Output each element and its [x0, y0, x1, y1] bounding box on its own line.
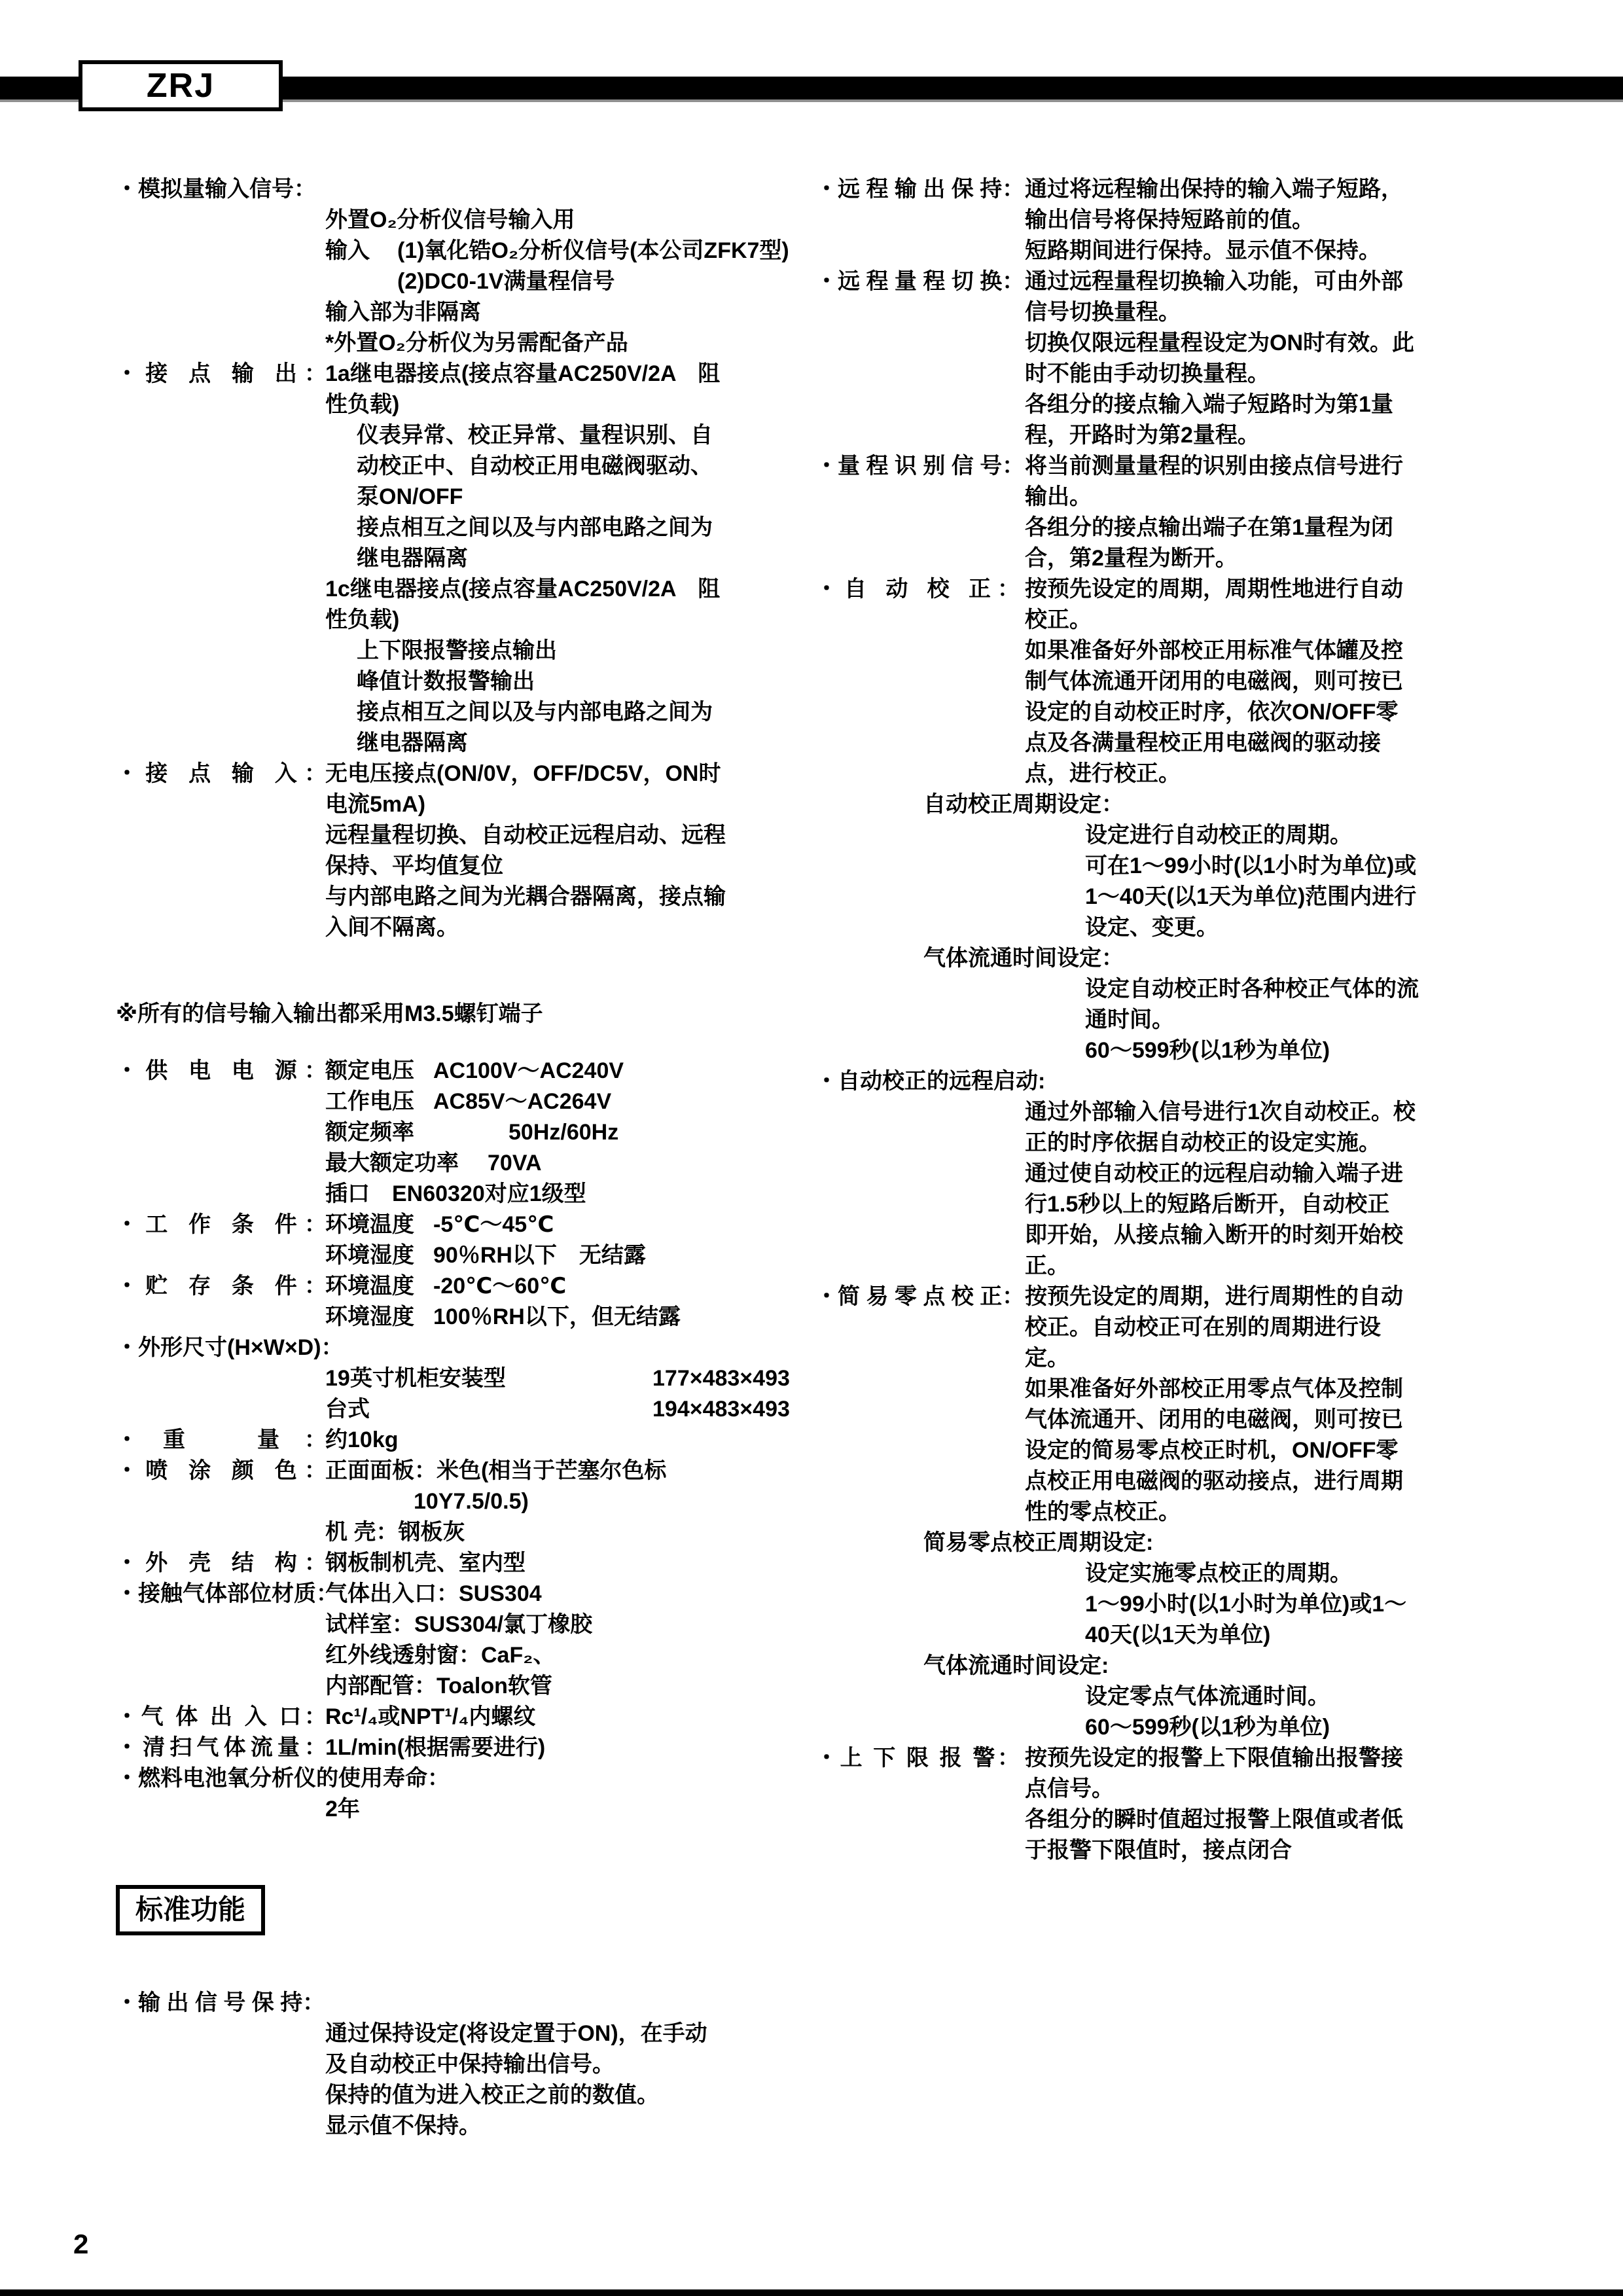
text-line: 按预先设定的报警上下限值输出报警接 [815, 1743, 1601, 1774]
spec-entry: ・接触气体部位材质：气体出入口：SUS304试样室：SUS304/氯丁橡胶红外线… [116, 1579, 796, 1702]
spec-entry: ・燃料电池氧分析仪的使用寿命：2年 [116, 1763, 796, 1825]
text-line: 继电器隔离 [116, 728, 796, 759]
spec-label: ・输 出 信 号 保 持： [116, 1988, 796, 2018]
text-line: 接点相互之间以及与内部电路之间为 [116, 512, 796, 543]
text-line: 点，进行校正。 [815, 759, 1601, 789]
text-line: 如果准备好外部校正用零点气体及控制 [815, 1374, 1601, 1405]
text-line: 通过远程量程切换输入功能，可由外部 [815, 266, 1601, 297]
spec-entry: ・工 作 条 件：环境温度-5℃～45℃环境湿度90％RH以下 无结露 [116, 1210, 796, 1271]
text-line: 显示值不保持。 [116, 2111, 796, 2142]
text-line: 气体流通开、闭用的电磁阀，则可按已 [815, 1405, 1601, 1435]
text-line: 设定自动校正时各种校正气体的流 [815, 974, 1601, 1005]
text-line: 继电器隔离 [116, 543, 796, 574]
spec-entry: ・贮 存 条 件：环境温度-20℃～60℃环境湿度100％RH以下，但无结露 [116, 1271, 796, 1333]
text-line: 60～599秒(以1秒为单位) [815, 1035, 1601, 1066]
text-line: 将当前测量量程的识别由接点信号进行 [815, 451, 1601, 482]
spec-label: ・燃料电池氧分析仪的使用寿命： [116, 1763, 796, 1794]
text-line: 环境湿度90％RH以下 无结露 [116, 1240, 796, 1271]
text-line: 与内部电路之间为光耦合器隔离，接点输 [116, 882, 796, 912]
text-line: 切换仅限远程量程设定为ON时有效。此 [815, 328, 1601, 359]
text-line: 输入部为非隔离 [116, 297, 796, 328]
text-line: 程，开路时为第2量程。 [815, 420, 1601, 451]
spec-column-right: ・远 程 输 出 保 持：通过将远程输出保持的输入端子短路，输出信号将保持短路前… [815, 174, 1601, 1866]
spec-entry: ・远 程 输 出 保 持：通过将远程输出保持的输入端子短路，输出信号将保持短路前… [815, 174, 1601, 266]
text-line: 按预先设定的周期，周期性地进行自动 [815, 574, 1601, 605]
spec-entry: ※所有的信号输入输出都采用M3.5螺钉端子 [116, 999, 796, 1030]
text-line-value: AC100V～AC240V [433, 1056, 624, 1086]
text-line: 1c继电器接点(接点容量AC250V/2A 阻 [116, 574, 796, 605]
text-line-value: 194×483×493 [652, 1394, 790, 1425]
spec-entry: ・量 程 识 别 信 号：将当前测量量程的识别由接点信号进行输出。各组分的接点输… [815, 451, 1601, 574]
text-line: 峰值计数报警输出 [116, 666, 796, 697]
spec-entry: ・模拟量输入信号：外置O₂分析仪信号输入用输入(1)氧化锆O₂分析仪信号(本公司… [116, 174, 796, 359]
text-line: 点校正用电磁阀的驱动接点，进行周期 [815, 1466, 1601, 1497]
text-line: 于报警下限值时，接点闭合 [815, 1835, 1601, 1866]
spec-entry: ・供 电 电 源：额定电压AC100V～AC240V工作电压AC85V～AC26… [116, 1056, 796, 1210]
text-line: 环境温度-5℃～45℃ [116, 1210, 796, 1240]
text-line: 点及各满量程校正用电磁阀的驱动接 [815, 728, 1601, 759]
text-line: 通过保持设定(将设定置于ON)，在手动 [116, 2018, 796, 2049]
text-line: 设定零点气体流通时间。 [815, 1681, 1601, 1712]
text-line: 泵ON/OFF [116, 482, 796, 512]
text-line: (2)DC0-1V满量程信号 [116, 266, 796, 297]
spec-label: ・外形尺寸(H×W×D)： [116, 1333, 796, 1363]
spec-label: ・模拟量输入信号： [116, 174, 796, 205]
spec-entry: ・接 点 输 出：1a继电器接点(接点容量AC250V/2A 阻性负载)仪表异常… [116, 359, 796, 759]
text-line: 可在1～99小时(以1小时为单位)或 [815, 851, 1601, 882]
text-line: 1～99小时(以1小时为单位)或1～ [815, 1589, 1601, 1620]
text-line: 即开始，从接点输入断开的时刻开始校 [815, 1220, 1601, 1251]
text-line: 设定进行自动校正的周期。 [815, 820, 1601, 851]
text-line: 各组分的接点输入端子短路时为第1量 [815, 389, 1601, 420]
text-line: 气体流通时间设定: [815, 1651, 1601, 1681]
text-line-value: -5℃～45℃ [433, 1210, 554, 1240]
text-line-value: 70VA [488, 1148, 542, 1179]
text-line: 远程量程切换、自动校正远程启动、远程 [116, 820, 796, 851]
text-line: 动校正中、自动校正用电磁阀驱动、 [116, 451, 796, 482]
text-line: 无电压接点(ON/0V，OFF/DC5V，ON时 [116, 759, 796, 789]
text-line: 机 壳：钢板灰 [116, 1517, 796, 1548]
text-line: 设定的简易零点校正时机，ON/OFF零 [815, 1435, 1601, 1466]
text-line: 红外线透射窗：CaF₂、 [116, 1640, 796, 1671]
text-line: 1L/min(根据需要进行) [116, 1732, 796, 1763]
spec-entry: ・清扫气体流量：1L/min(根据需要进行) [116, 1732, 796, 1763]
text-line: 约10kg [116, 1425, 796, 1456]
text-line: 试样室：SUS304/氯丁橡胶 [116, 1609, 796, 1640]
text-line: 点信号。 [815, 1774, 1601, 1804]
text-line: 及自动校正中保持输出信号。 [116, 2049, 796, 2080]
text-line: 钢板制机壳、室内型 [116, 1548, 796, 1579]
text-line: 简易零点校正周期设定: [815, 1528, 1601, 1558]
text-line: 通过外部输入信号进行1次自动校正。校 [815, 1097, 1601, 1128]
text-line: 60～599秒(以1秒为单位) [815, 1712, 1601, 1743]
text-line: 10Y7.5/0.5) [116, 1486, 796, 1517]
text-line: 额定频率50Hz/60Hz [116, 1117, 796, 1148]
spec-entry: ・重 量：约10kg [116, 1425, 796, 1456]
text-line: 环境温度-20℃～60℃ [116, 1271, 796, 1302]
text-line-value: 50Hz/60Hz [508, 1117, 618, 1148]
text-line: 如果准备好外部校正用标准气体罐及控 [815, 636, 1601, 666]
spec-entry: ・自动校正的远程启动:通过外部输入信号进行1次自动校正。校正的时序依据自动校正的… [815, 1066, 1601, 1282]
text-line: 自动校正周期设定： [815, 789, 1601, 820]
page-number: 2 [73, 2229, 88, 2260]
text-line: 电流5mA) [116, 789, 796, 820]
text-line-value: (1)氧化锆O₂分析仪信号(本公司ZFK7型) [397, 236, 789, 266]
text-line: 正面面板：米色(相当于芒塞尔色标 [116, 1456, 796, 1486]
spec-entry: ・远 程 量 程 切 换：通过远程量程切换输入功能，可由外部信号切换量程。切换仅… [815, 266, 1601, 451]
text-line: 按预先设定的周期，进行周期性的自动 [815, 1282, 1601, 1312]
text-line: 行1.5秒以上的短路后断开，自动校正 [815, 1189, 1601, 1220]
text-line: *外置O₂分析仪为另需配备产品 [116, 328, 796, 359]
text-line: 定。 [815, 1343, 1601, 1374]
text-line: 正。 [815, 1251, 1601, 1282]
text-line: 入间不隔离。 [116, 912, 796, 943]
text-line: 设定、变更。 [815, 912, 1601, 943]
footer-bar [0, 2289, 1623, 2296]
text-line: 各组分的瞬时值超过报警上限值或者低 [815, 1804, 1601, 1835]
text-line: 保持的值为进入校正之前的数值。 [116, 2080, 796, 2111]
text-line-value: -20℃～60℃ [433, 1271, 566, 1302]
text-line: 仪表异常、校正异常、量程识别、自 [116, 420, 796, 451]
text-line-value: AC85V～AC264V [433, 1086, 611, 1117]
text-line: 1a继电器接点(接点容量AC250V/2A 阻 [116, 359, 796, 389]
section-heading: 标准功能 [116, 1885, 265, 1935]
text-line: 设定实施零点校正的周期。 [815, 1558, 1601, 1589]
text-line: 输出。 [815, 482, 1601, 512]
text-line: 40天(以1天为单位) [815, 1620, 1601, 1651]
text-line: 气体出入口：SUS304 [116, 1579, 796, 1609]
model-label: ZRJ [147, 66, 215, 105]
text-line: 额定电压AC100V～AC240V [116, 1056, 796, 1086]
text-line: 环境湿度100％RH以下，但无结露 [116, 1302, 796, 1333]
text-line: 校正。 [815, 605, 1601, 636]
text-line: 性的零点校正。 [815, 1497, 1601, 1528]
text-line: 正的时序依据自动校正的设定实施。 [815, 1128, 1601, 1158]
text-line: 保持、平均值复位 [116, 851, 796, 882]
spec-entry: ・接 点 输 入：无电压接点(ON/0V，OFF/DC5V，ON时电流5mA)远… [116, 759, 796, 943]
text-line-value: 177×483×493 [652, 1363, 790, 1394]
text-line: 性负载) [116, 605, 796, 636]
text-line: Rc¹/₄或NPT¹/₄内螺纹 [116, 1702, 796, 1732]
text-line-value: 90％RH以下 无结露 [433, 1240, 646, 1271]
spec-label: ・自动校正的远程启动: [815, 1066, 1601, 1097]
spec-entry: ・外 壳 结 构：钢板制机壳、室内型 [116, 1548, 796, 1579]
spec-entry: ・喷 涂 颜 色：正面面板：米色(相当于芒塞尔色标10Y7.5/0.5)机 壳：… [116, 1456, 796, 1548]
text-line: ※所有的信号输入输出都采用M3.5螺钉端子 [116, 999, 796, 1030]
text-line: 各组分的接点输出端子在第1量程为闭 [815, 512, 1601, 543]
spec-entry: ・简 易 零 点 校 正：按预先设定的周期，进行周期性的自动校正。自动校正可在别… [815, 1282, 1601, 1743]
document-page: ZRJ ・模拟量输入信号：外置O₂分析仪信号输入用输入(1)氧化锆O₂分析仪信号… [0, 0, 1623, 2296]
text-line: 19英寸机柜安装型177×483×493 [116, 1363, 796, 1394]
text-line: 插口 EN60320对应1级型 [116, 1179, 796, 1210]
text-line: 性负载) [116, 389, 796, 420]
text-line: 输出信号将保持短路前的值。 [815, 205, 1601, 236]
text-line: 输入(1)氧化锆O₂分析仪信号(本公司ZFK7型) [116, 236, 796, 266]
spec-entry: ・上 下 限 报 警：按预先设定的报警上下限值输出报警接点信号。各组分的瞬时值超… [815, 1743, 1601, 1866]
text-line: 1～40天(以1天为单位)范围内进行 [815, 882, 1601, 912]
text-line: 气体流通时间设定： [815, 943, 1601, 974]
spec-entry: ・气 体 出 入 口：Rc¹/₄或NPT¹/₄内螺纹 [116, 1702, 796, 1732]
text-line: 台式194×483×493 [116, 1394, 796, 1425]
text-line: 2年 [116, 1794, 796, 1825]
text-line: 合，第2量程为断开。 [815, 543, 1601, 574]
text-line: 通时间。 [815, 1005, 1601, 1035]
text-line: 通过将远程输出保持的输入端子短路， [815, 174, 1601, 205]
text-line: 信号切换量程。 [815, 297, 1601, 328]
text-line: 校正。自动校正可在别的周期进行设 [815, 1312, 1601, 1343]
text-line: 上下限报警接点输出 [116, 636, 796, 666]
text-line: 最大额定功率70VA [116, 1148, 796, 1179]
text-line: 工作电压AC85V～AC264V [116, 1086, 796, 1117]
text-line: 内部配管：Toalon软管 [116, 1671, 796, 1702]
text-line: 设定的自动校正时序，依次ON/OFF零 [815, 697, 1601, 728]
text-line-value: 100％RH以下，但无结露 [433, 1302, 681, 1333]
text-line: 时不能由手动切换量程。 [815, 359, 1601, 389]
spec-entry: ・输 出 信 号 保 持：通过保持设定(将设定置于ON)，在手动及自动校正中保持… [116, 1988, 796, 2142]
spec-entry: ・自 动 校 正：按预先设定的周期，周期性地进行自动校正。如果准备好外部校正用标… [815, 574, 1601, 1066]
text-line: 外置O₂分析仪信号输入用 [116, 205, 796, 236]
text-line: 短路期间进行保持。显示值不保持。 [815, 236, 1601, 266]
spec-column-left: ・模拟量输入信号：外置O₂分析仪信号输入用输入(1)氧化锆O₂分析仪信号(本公司… [116, 174, 796, 2142]
spec-entry: ・外形尺寸(H×W×D)：19英寸机柜安装型177×483×493台式194×4… [116, 1333, 796, 1425]
text-line: 制气体流通开闭用的电磁阀，则可按已 [815, 666, 1601, 697]
text-line: 通过使自动校正的远程启动输入端子进 [815, 1158, 1601, 1189]
text-line: 接点相互之间以及与内部电路之间为 [116, 697, 796, 728]
model-badge: ZRJ [79, 60, 283, 111]
